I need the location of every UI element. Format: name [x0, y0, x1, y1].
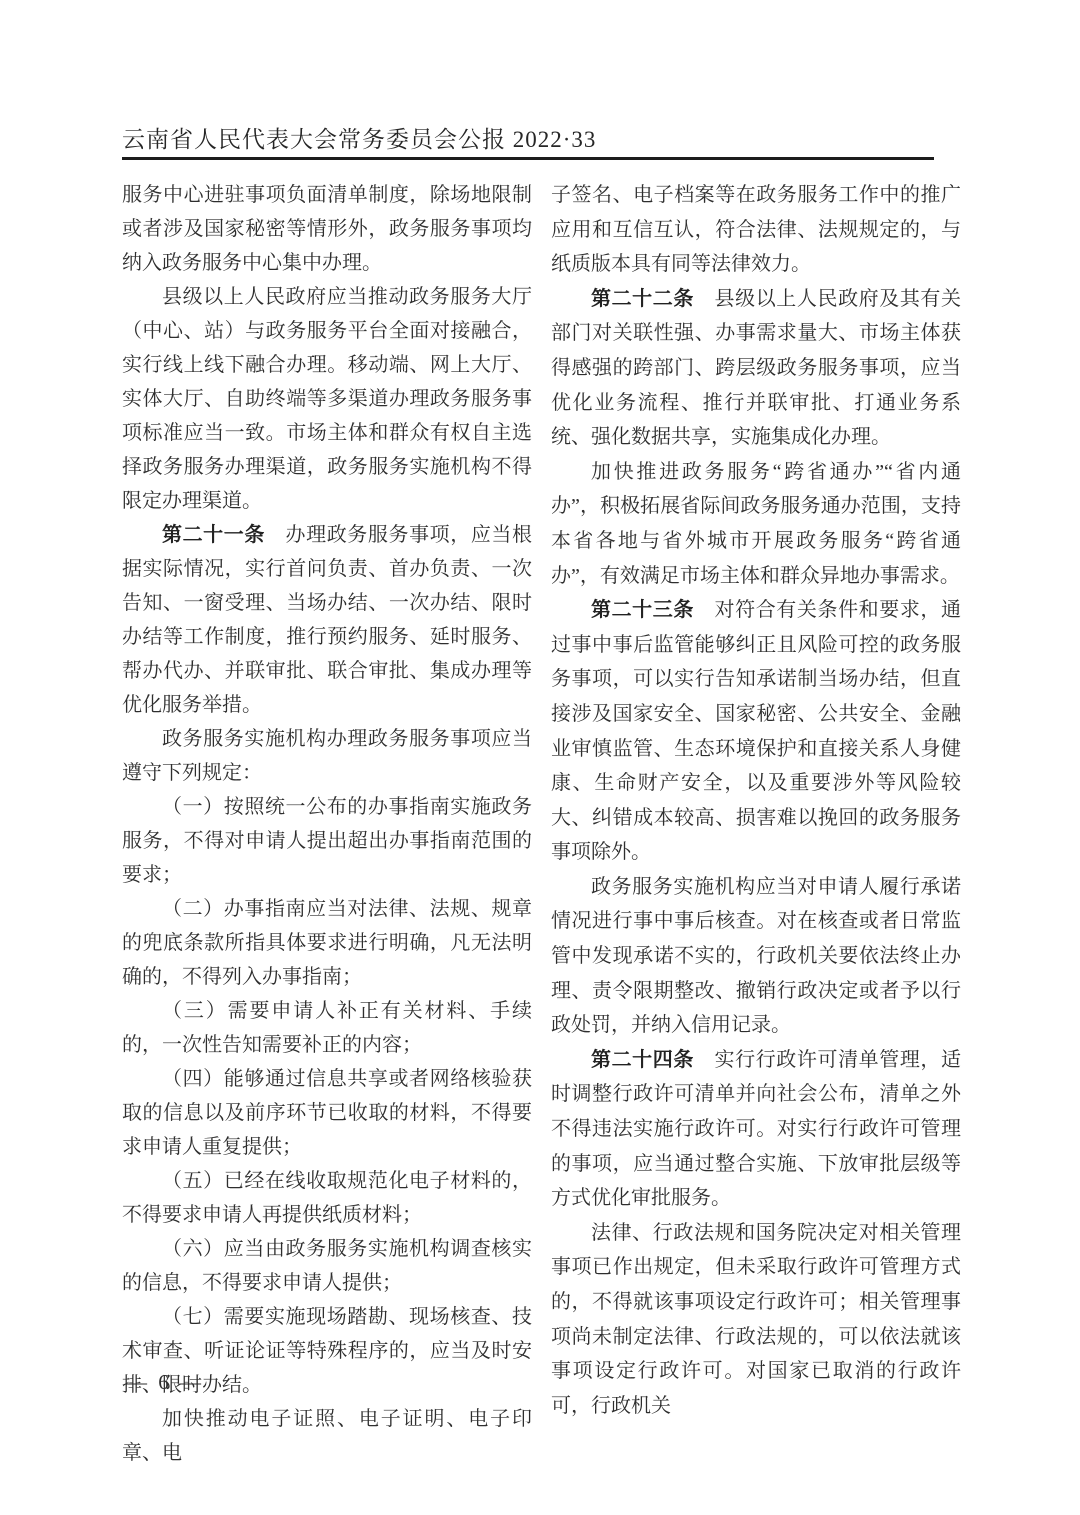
- paragraph: 第二十四条实行行政许可清单管理，适时调整行政许可清单并向社会公布，清单之外不得违…: [551, 1043, 961, 1216]
- paragraph: 第二十三条对符合有关条件和要求，通过事中事后监管能够纠正且风险可控的政务服务事项…: [551, 593, 961, 870]
- paragraph: （六）应当由政务服务实施机构调查核实的信息，不得要求申请人提供；: [122, 1232, 532, 1300]
- header-rule: [122, 157, 934, 160]
- paragraph: 县级以上人民政府应当推动政务服务大厅（中心、站）与政务服务平台全面对接融合，实行…: [122, 280, 532, 518]
- gazette-page: 云南省人民代表大会常务委员会公报 2022·33 服务中心进驻事项负面清单制度，…: [0, 0, 1080, 1515]
- left-column: 服务中心进驻事项负面清单制度，除场地限制或者涉及国家秘密等情形外，政务服务事项均…: [122, 178, 532, 1470]
- paragraph: 政务服务实施机构办理政务服务事项应当遵守下列规定：: [122, 722, 532, 790]
- text-columns: 服务中心进驻事项负面清单制度，除场地限制或者涉及国家秘密等情形外，政务服务事项均…: [122, 178, 962, 1470]
- right-column: 子签名、电子档案等在政务服务工作中的推广应用和互信互认，符合法律、法规规定的，与…: [551, 178, 961, 1423]
- article-number: 第二十四条: [591, 1049, 694, 1071]
- paragraph: 加快推动电子证照、电子证明、电子印章、电: [122, 1402, 532, 1470]
- page-number: — 6 —: [126, 1370, 204, 1395]
- paragraph: （二）办事指南应当对法律、法规、规章的兜底条款所指具体要求进行明确，凡无法明确的…: [122, 892, 532, 994]
- page-header-title: 云南省人民代表大会常务委员会公报 2022·33: [122, 121, 596, 154]
- article-number: 第二十二条: [591, 288, 694, 310]
- paragraph: 子签名、电子档案等在政务服务工作中的推广应用和互信互认，符合法律、法规规定的，与…: [551, 178, 961, 282]
- paragraph: 政务服务实施机构应当对申请人履行承诺情况进行事中事后核查。对在核查或者日常监管中…: [551, 870, 961, 1043]
- paragraph: 服务中心进驻事项负面清单制度，除场地限制或者涉及国家秘密等情形外，政务服务事项均…: [122, 178, 532, 280]
- paragraph: 法律、行政法规和国务院决定对相关管理事项已作出规定，但未采取行政许可管理方式的，…: [551, 1216, 961, 1424]
- paragraph: （一）按照统一公布的办事指南实施政务服务，不得对申请人提出超出办事指南范围的要求…: [122, 790, 532, 892]
- article-number: 第二十三条: [591, 599, 694, 621]
- article-number: 第二十一条: [162, 524, 265, 546]
- paragraph: （五）已经在线收取规范化电子材料的，不得要求申请人再提供纸质材料；: [122, 1164, 532, 1232]
- paragraph: 第二十一条办理政务服务事项，应当根据实际情况，实行首问负责、首办负责、一次告知、…: [122, 518, 532, 722]
- paragraph: 第二十二条县级以上人民政府及其有关部门对关联性强、办事需求量大、市场主体获得感强…: [551, 282, 961, 455]
- paragraph: 加快推进政务服务“跨省通办”“省内通办”，积极拓展省际间政务服务通办范围，支持本…: [551, 455, 961, 593]
- paragraph: （四）能够通过信息共享或者网络核验获取的信息以及前序环节已收取的材料，不得要求申…: [122, 1062, 532, 1164]
- paragraph: （三）需要申请人补正有关材料、手续的，一次性告知需要补正的内容；: [122, 994, 532, 1062]
